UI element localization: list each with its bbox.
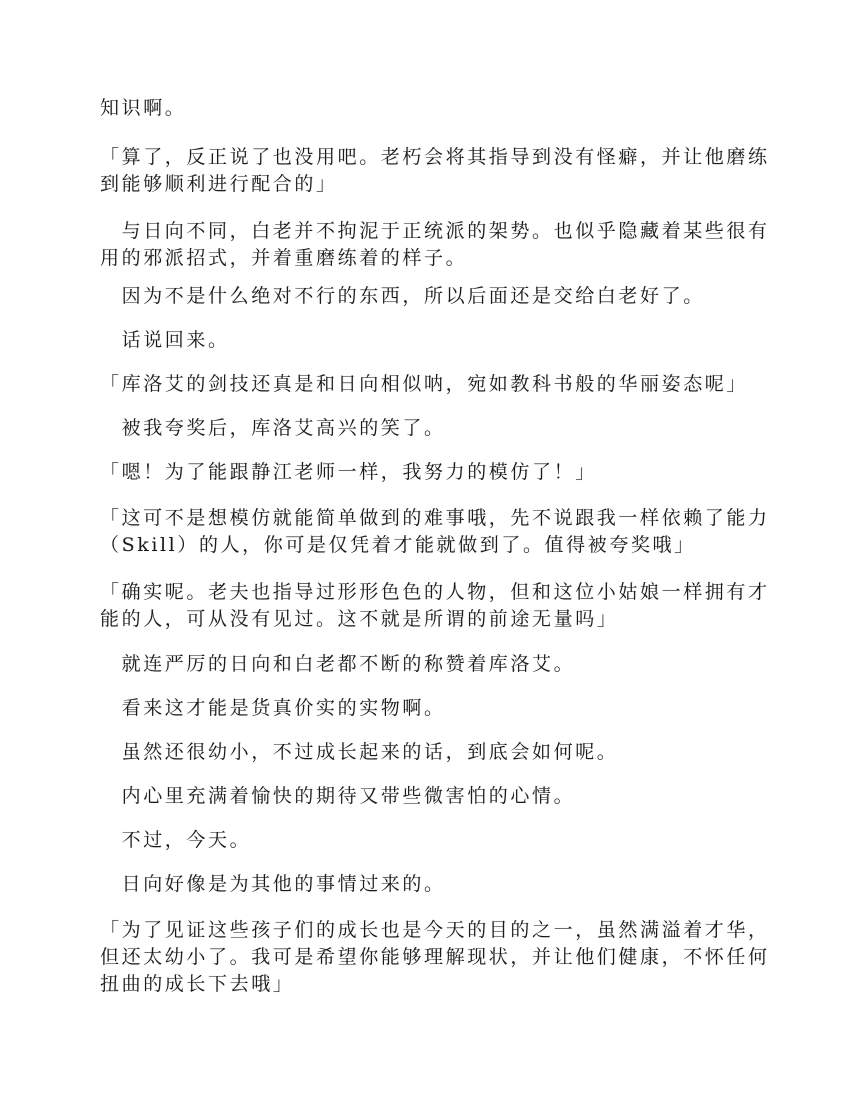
text-line: 因为不是什么绝对不行的东西，所以后面还是交给白老好了。: [100, 283, 705, 309]
text-line: 「为了见证这些孩子们的成长也是今天的目的之一，虽然满溢着才华，: [100, 917, 770, 943]
text-line: 但还太幼小了。我可是希望你能够理解现状，并让他们健康，不怀任何: [100, 944, 770, 970]
text-line: 与日向不同，白老并不拘泥于正统派的架势。也似乎隐藏着某些很有: [100, 218, 770, 244]
text-line: 知识啊。: [100, 95, 186, 121]
text-line: 就连严厉的日向和白老都不断的称赞着库洛艾。: [100, 651, 575, 677]
text-line: 「库洛艾的剑技还真是和日向相似呐，宛如教科书般的华丽姿态呢」: [100, 371, 748, 397]
text-line: 话说回来。: [100, 327, 230, 353]
text-line: 到能够顺利进行配合的」: [100, 171, 338, 197]
text-line: 「确实呢。老夫也指导过形形色色的人物，但和这位小姑娘一样拥有才: [100, 579, 770, 605]
document-page: 知识啊。 「算了，反正说了也没用吧。老朽会将其指导到没有怪癖，并让他磨练 到能够…: [0, 0, 850, 1100]
text-line: 被我夸奖后，库洛艾高兴的笑了。: [100, 415, 446, 441]
text-line: （Skill）的人，你可是仅凭着才能就做到了。值得被夸奖哦」: [100, 532, 696, 558]
text-line: 看来这才能是货真价实的实物啊。: [100, 695, 446, 721]
text-line: 「嗯！为了能跟静江老师一样，我努力的模仿了！」: [100, 459, 597, 485]
text-line: 不过，今天。: [100, 827, 251, 853]
text-line: 「这可不是想模仿就能简单做到的难事哦，先不说跟我一样依赖了能力: [100, 505, 770, 531]
text-line: 日向好像是为其他的事情过来的。: [100, 871, 446, 897]
text-line: 能的人，可从没有见过。这不就是所谓的前途无量吗」: [100, 606, 618, 632]
text-line: 「算了，反正说了也没用吧。老朽会将其指导到没有怪癖，并让他磨练: [100, 144, 770, 170]
text-line: 内心里充满着愉快的期待又带些微害怕的心情。: [100, 783, 575, 809]
text-line: 虽然还很幼小，不过成长起来的话，到底会如何呢。: [100, 739, 618, 765]
text-line: 扭曲的成长下去哦」: [100, 971, 294, 997]
text-line: 用的邪派招式，并着重磨练着的样子。: [100, 245, 467, 271]
